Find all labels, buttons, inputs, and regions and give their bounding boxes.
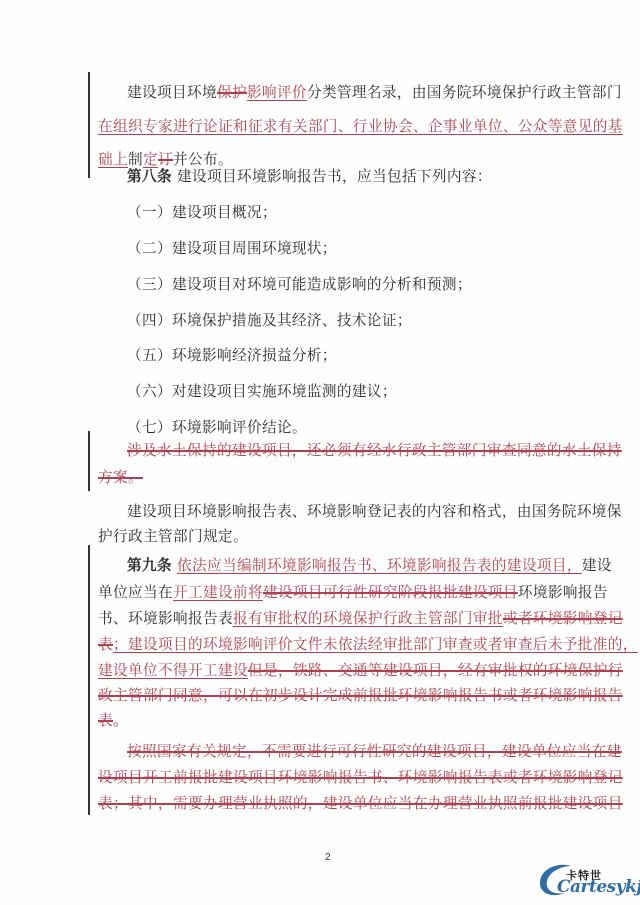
inserted-text: 依法应当编制环境影响报告书、环境影响报告表的建设项目， xyxy=(177,557,582,574)
inserted-text: ；建设项目的环境影响评价文件未依法经审批部门审查或者审查后未予批准的， xyxy=(113,636,638,653)
inserted-text: 开工建设前将 xyxy=(173,584,263,601)
article-8: 第八条 建设项目环境影响报告书，应当包括下列内容： xyxy=(98,167,599,187)
paragraph-line: 表。 xyxy=(98,711,570,731)
text: 制 xyxy=(128,151,143,168)
text: 单位应当在 xyxy=(98,584,173,601)
paragraph-line: 单位应当在开工建设前将建设项目可行性研究阶段报批建设项目环境影响报告 xyxy=(98,583,570,603)
paragraph-line: 设项目开工前报批建设项目环境影响报告书、环境影响报告表或者环境影响登记 xyxy=(98,768,570,788)
deleted-text: 表 xyxy=(98,636,113,653)
deleted-text: 涉及水土保持的建设项目，还必须有经水行政主管部门审查同意的水土保持 xyxy=(127,442,622,459)
list-item: （五）环境影响经济损益分析； xyxy=(127,346,599,366)
paragraph-line: 按照国家有关规定，不需要进行可行性研究的建设项目，建设单位应当在建 xyxy=(98,742,599,762)
deleted-text: 或者环境影响登记 xyxy=(503,610,623,627)
paragraph-line: 政主管部门同意，可以在初步设计完成前报批环境影响报告书或者环境影响报告 xyxy=(98,686,570,706)
list-item: （六）对建设项目实施环境监测的建议； xyxy=(127,382,599,402)
inserted-text: 建设单位不得开工建设 xyxy=(98,662,248,679)
paragraph-line: 在组织专家进行论证和征求有关部门、行业协会、企事业单位、公众等意见的基 xyxy=(98,117,570,137)
article-9: 第九条 依法应当编制环境影响报告书、环境影响报告表的建设项目，建设 xyxy=(98,556,599,576)
list-item: （七）环境影响评价结论。 xyxy=(127,418,599,438)
list-item: （四）环境保护措施及其经济、技术论证； xyxy=(127,311,599,331)
logo-english-name: Cartesykj xyxy=(557,877,640,897)
text: 建设 xyxy=(582,557,612,574)
document-page: 建设项目环境保护影响评价分类管理名录，由国务院环境保护行政主管部门 在组织专家进… xyxy=(0,0,640,905)
deleted-text: 表 xyxy=(98,712,113,729)
article-heading: 第八条 xyxy=(127,168,172,185)
deleted-text: 建设项目可行性研究阶段报批建设项目 xyxy=(263,584,518,601)
text: 并公布。 xyxy=(173,151,233,168)
deleted-text: 但是，铁路、交通等建设项目，经有审批权的环境保护行 xyxy=(248,662,623,679)
deleted-text: 政主管部门同意，可以在初步设计完成前报批环境影响报告书或者环境影响报告 xyxy=(98,687,623,704)
page-number: 2 xyxy=(325,852,331,863)
text: 环境影响报告 xyxy=(518,584,608,601)
text: 书、环境影响报告表 xyxy=(98,610,233,627)
watermark-logo: 卡特世 Cartesykj xyxy=(535,860,640,902)
paragraph-line: 建设项目环境保护影响评价分类管理名录，由国务院环境保护行政主管部门 xyxy=(98,83,599,103)
paragraph-line: 建设单位不得开工建设但是，铁路、交通等建设项目，经有审批权的环境保护行 xyxy=(98,661,570,681)
change-bar xyxy=(88,545,90,815)
deleted-text: 订 xyxy=(158,151,173,168)
list-item: （二）建设项目周围环境现状； xyxy=(127,239,599,259)
change-bar xyxy=(88,72,90,178)
deleted-text: 方案。 xyxy=(98,469,143,486)
paragraph-line: 表；建设项目的环境影响评价文件未依法经审批部门审查或者审查后未予批准的， xyxy=(98,635,570,655)
deleted-text: 保护 xyxy=(217,84,247,101)
inserted-text: 在组织专家进行论证和征求有关部门、行业协会、企事业单位、公众等意见的基 xyxy=(98,118,623,135)
deleted-text: 表；其中，需要办理营业执照的，建设单位应当在办理营业执照前报批建设项目 xyxy=(98,795,623,812)
list-item: （三）建设项目对环境可能造成影响的分析和预测； xyxy=(127,275,599,295)
text: 建设项目环境 xyxy=(127,84,217,101)
paragraph-line: 护行政主管部门规定。 xyxy=(98,527,570,547)
paragraph-line: 建设项目环境影响报告表、环境影响登记表的内容和格式，由国务院环境保 xyxy=(98,502,599,522)
article-heading: 第九条 xyxy=(127,557,172,574)
text: 。 xyxy=(113,712,128,729)
paragraph-line: 书、环境影响报告表报有审批权的环境保护行政主管部门审批或者环境影响登记 xyxy=(98,609,570,629)
list-item: （一）建设项目概况； xyxy=(127,203,599,223)
paragraph-line: 涉及水土保持的建设项目，还必须有经水行政主管部门审查同意的水土保持 xyxy=(98,441,599,461)
change-bar xyxy=(88,431,90,491)
paragraph-line: 方案。 xyxy=(98,468,570,488)
text: 建设项目环境影响报告表、环境影响登记表的内容和格式，由国务院环境保 xyxy=(127,503,622,520)
inserted-text: 定 xyxy=(143,151,158,168)
inserted-text: 础上 xyxy=(98,151,128,168)
text: 分类管理名录，由国务院环境保护行政主管部门 xyxy=(307,84,622,101)
paragraph-line: 表；其中，需要办理营业执照的，建设单位应当在办理营业执照前报批建设项目 xyxy=(98,794,570,814)
deleted-text: 设项目开工前报批建设项目环境影响报告书、环境影响报告表或者环境影响登记 xyxy=(98,769,623,786)
text: 建设项目环境影响报告书，应当包括下列内容： xyxy=(177,168,492,185)
deleted-text: 按照国家有关规定，不需要进行可行性研究的建设项目，建设单位应当在建 xyxy=(127,743,622,760)
inserted-text: 影响评价 xyxy=(247,84,307,101)
inserted-text: 报有审批权的环境保护行政主管部门审批 xyxy=(233,610,503,627)
text: 护行政主管部门规定。 xyxy=(98,528,248,545)
